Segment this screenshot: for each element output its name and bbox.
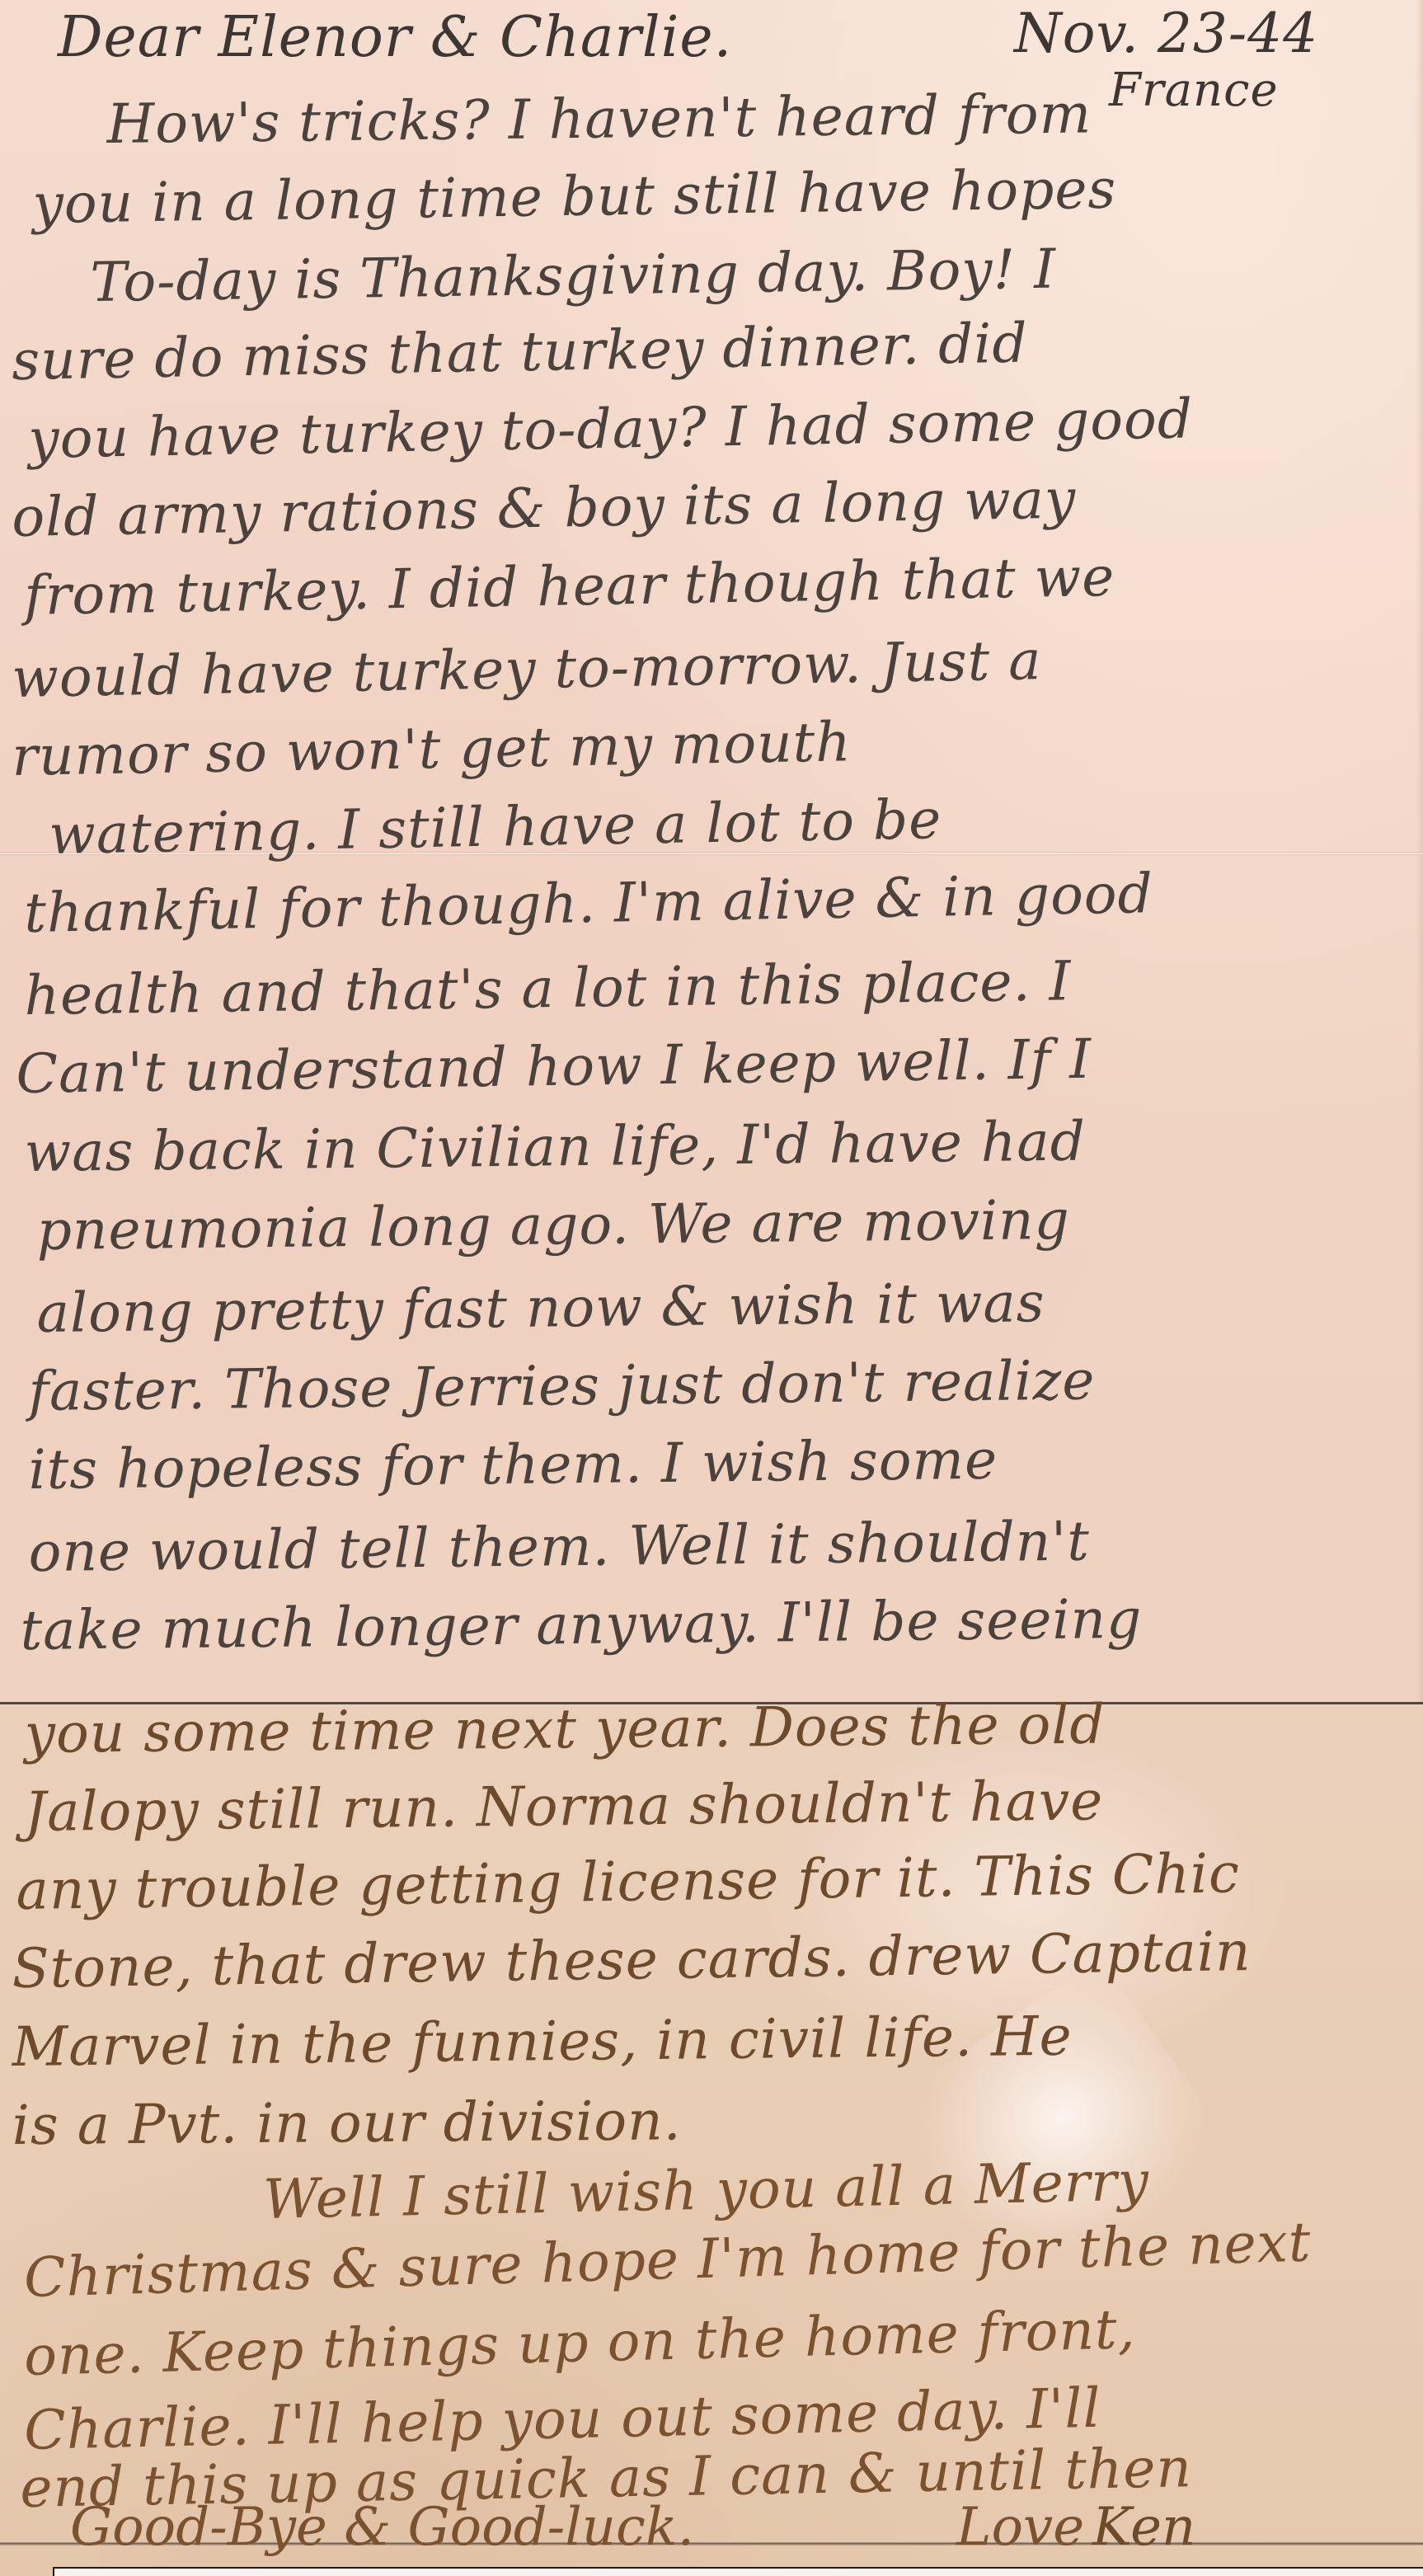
body-line: is a Pvt. in our division. xyxy=(12,2094,682,2153)
body-line: take much longer anyway. I'll be seeing xyxy=(20,1592,1142,1658)
body-line: rumor so won't get my mouth xyxy=(12,715,852,784)
body-line: Stone, that drew these cards. drew Capta… xyxy=(12,1925,1252,1996)
letter-date: Nov. 23-44 xyxy=(1014,7,1318,61)
letter-location: France xyxy=(1109,68,1279,114)
body-line: pneumonia long ago. We are moving xyxy=(36,1193,1070,1258)
signoff: Good-Bye & Good-luck. xyxy=(70,2497,694,2558)
body-line: along pretty fast now & wish it was xyxy=(36,1276,1045,1341)
body-line: you in a long time but still have hopes xyxy=(32,162,1117,232)
body-line: Jalopy still run. Norma shouldn't have xyxy=(24,1774,1103,1840)
signature: Ken xyxy=(1092,2497,1195,2558)
body-line: its hopeless for them. I wish some xyxy=(28,1433,998,1497)
body-line: watering. I still have a lot to be xyxy=(49,792,942,863)
body-line: one would tell them. Well it shouldn't xyxy=(28,1515,1090,1580)
body-line: Can't understand how I keep well. If I xyxy=(16,1032,1092,1102)
body-line: health and that's a lot in this place. I xyxy=(24,954,1072,1023)
body-line: To-day is Thanksgiving day. Boy! I xyxy=(90,242,1056,310)
body-line: faster. Those Jerries just don't realize xyxy=(28,1353,1095,1419)
body-line: How's tricks? I haven't heard from xyxy=(106,87,1092,152)
body-line: Marvel in the funnies, in civil life. He xyxy=(12,2010,1073,2075)
scanner-bed-edge xyxy=(53,2567,1423,2576)
body-line: any trouble getting license for it. This… xyxy=(16,1846,1240,1918)
body-line: you some time next year. Does the old xyxy=(24,1698,1105,1761)
body-line: was back in Civilian life, I'd have had xyxy=(24,1115,1086,1180)
closing: Love xyxy=(956,2497,1084,2558)
salutation: Dear Elenor & Charlie. xyxy=(58,10,732,66)
